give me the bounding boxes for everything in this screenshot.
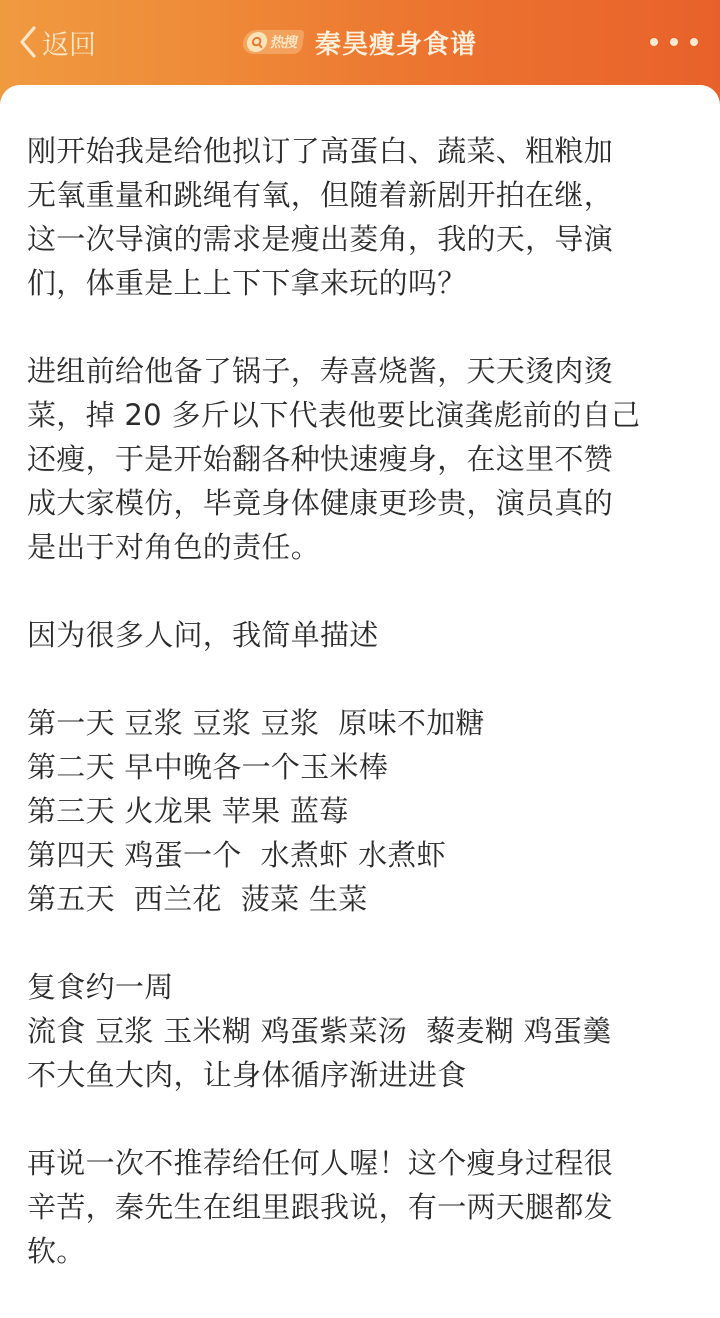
blank-line: [27, 569, 697, 613]
body-text-line: 第二天 早中晚各一个玉米棒: [27, 745, 697, 789]
search-icon: [246, 32, 269, 52]
body-text-line: 还瘦，于是开始翻各种快速瘦身，在这里不赞: [27, 437, 697, 481]
body-text-line: 再说一次不推荐给任何人喔！这个瘦身过程很: [27, 1141, 697, 1185]
body-text-line: 流食 豆浆 玉米糊 鸡蛋紫菜汤 藜麦糊 鸡蛋羹: [27, 1009, 697, 1053]
more-dots-icon: [650, 38, 658, 46]
body-text-line: 进组前给他备了锅子，寿喜烧酱，天天烫肉烫: [27, 349, 697, 393]
body-text-line: 是出于对角色的责任。: [27, 525, 697, 569]
page-title: 秦昊瘦身食谱: [315, 24, 477, 61]
body-text-line: 复食约一周: [27, 965, 697, 1009]
body-text-line: 因为很多人问，我简单描述: [27, 613, 697, 657]
blank-line: [27, 921, 697, 965]
more-dots-icon: [670, 38, 678, 46]
body-text-line: 软。: [27, 1229, 697, 1273]
blank-line: [27, 1097, 697, 1141]
content-card: 刚开始我是给他拟订了高蛋白、蔬菜、粗粮加无氧重量和跳绳有氧，但随着新剧开拍在继，…: [0, 85, 720, 1318]
body-text-line: 们，体重是上上下下拿来玩的吗？: [27, 261, 697, 305]
body-text-line: 不大鱼大肉，让身体循序渐进进食: [27, 1053, 697, 1097]
body-text-line: 刚开始我是给他拟订了高蛋白、蔬菜、粗粮加: [27, 129, 697, 173]
post-body: 刚开始我是给他拟订了高蛋白、蔬菜、粗粮加无氧重量和跳绳有氧，但随着新剧开拍在继，…: [27, 129, 697, 1273]
hot-search-badge[interactable]: 热搜: [241, 30, 304, 54]
body-text-line: 辛苦，秦先生在组里跟我说，有一两天腿都发: [27, 1185, 697, 1229]
body-text-line: 这一次导演的需求是瘦出菱角，我的天，导演: [27, 217, 697, 261]
body-text-line: 第一天 豆浆 豆浆 豆浆 原味不加糖: [27, 701, 697, 745]
body-text-line: 菜，掉 20 多斤以下代表他要比演龚彪前的自己: [27, 393, 697, 437]
title-area: 热搜 秦昊瘦身食谱: [0, 22, 720, 62]
more-dots-icon: [690, 38, 698, 46]
body-text-line: 成大家模仿，毕竟身体健康更珍贵，演员真的: [27, 481, 697, 525]
body-text-line: 第三天 火龙果 苹果 蓝莓: [27, 789, 697, 833]
body-text-line: 无氧重量和跳绳有氧，但随着新剧开拍在继，: [27, 173, 697, 217]
body-text-line: 第五天 西兰花 菠菜 生菜: [27, 877, 697, 921]
page: 返回 热搜 秦昊瘦身食谱 刚开始我是给他拟订了高蛋白、蔬菜、粗粮加无氧重量和跳绳…: [0, 0, 720, 1318]
more-options-button[interactable]: [650, 32, 698, 52]
blank-line: [27, 305, 697, 349]
hot-badge-label: 热搜: [270, 32, 299, 52]
blank-line: [27, 657, 697, 701]
body-text-line: 第四天 鸡蛋一个 水煮虾 水煮虾: [27, 833, 697, 877]
top-nav-bar: 返回 热搜 秦昊瘦身食谱: [0, 0, 720, 86]
